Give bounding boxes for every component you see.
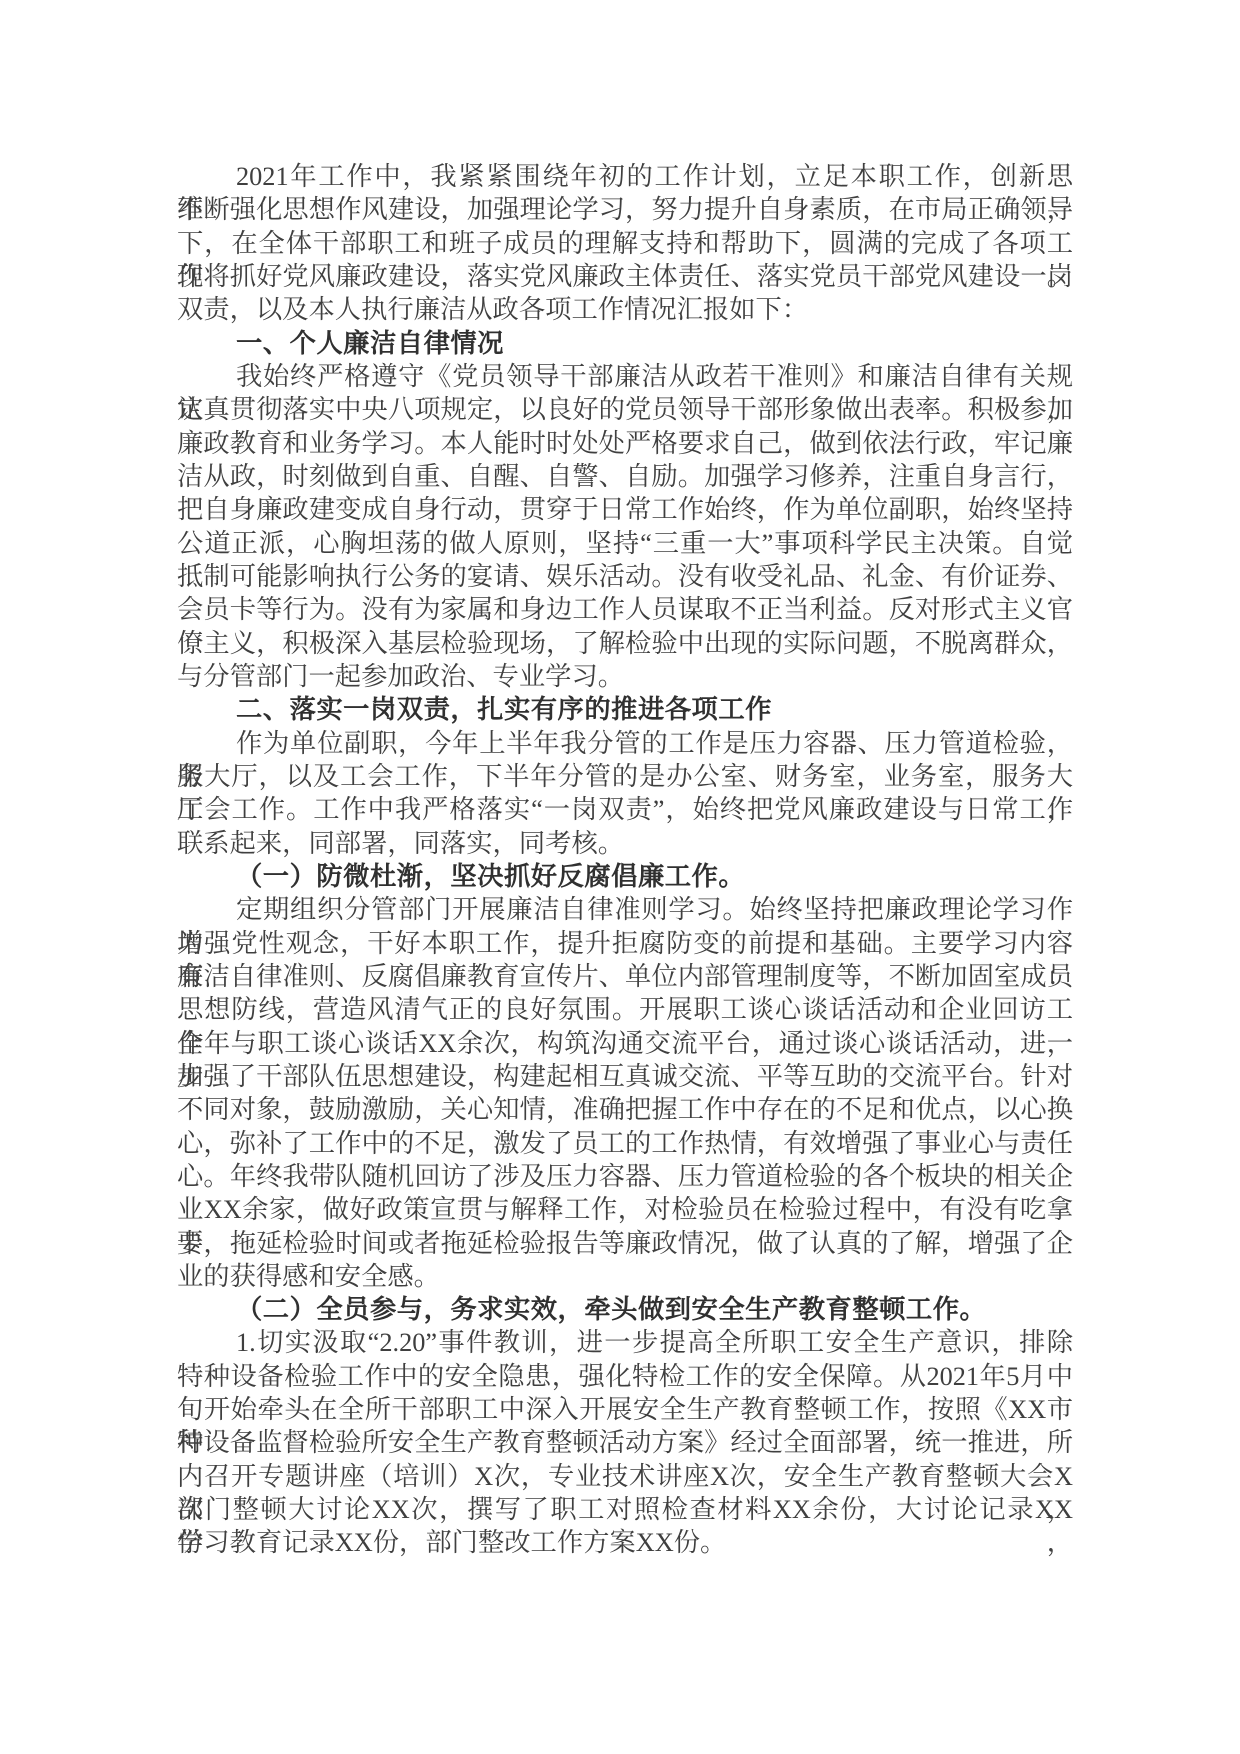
text-line: 联系起来，同部署，同落实，同考核。 <box>177 827 1073 860</box>
text-line: 作为单位副职，今年上半年我分管的工作是压力容器、压力管道检验，服 <box>177 727 1073 760</box>
paragraph: 作为单位副职，今年上半年我分管的工作是压力容器、压力管道检验，服务大厅，以及工会… <box>177 727 1073 860</box>
text-line: 现将抓好党风廉政建设，落实党风廉政主体责任、落实党员干部党风建设一岗 <box>177 260 1073 293</box>
heading-line: （一）防微杜渐，坚决抓好反腐倡廉工作。 <box>177 860 1073 893</box>
paragraph: 我始终严格遵守《党员领导干部廉洁从政若干准则》和廉洁自律有关规定，认真贯彻落实中… <box>177 360 1073 693</box>
text-line: 旬开始牵头在全所干部职工中深入开展安全生产教育整顿工作，按照《XX市特 <box>177 1393 1073 1426</box>
heading-line: 二、落实一岗双责，扎实有序的推进各项工作 <box>177 693 1073 726</box>
text-line: 业XX余家，做好政策宣贯与解释工作，对检验员在检验过程中，有没有吃拿卡 <box>177 1193 1073 1226</box>
text-line: 全年与职工谈心谈话XX余次，构筑沟通交流平台，通过谈心谈话活动，进一步 <box>177 1027 1073 1060</box>
text-line: 内召开专题讲座（培训）X次，专业技术讲座X次，安全生产教育整顿大会X次， <box>177 1460 1073 1493</box>
text-line: 把自身廉政建变成自身行动，贯穿于日常工作始终，作为单位副职，始终坚持 <box>177 493 1073 526</box>
text-line: 僚主义，积极深入基层检验现场，了解检验中出现的实际问题，不脱离群众， <box>177 627 1073 660</box>
text-line: 特种设备检验工作中的安全隐患，强化特检工作的安全保障。从2021年5月中 <box>177 1360 1073 1393</box>
section-heading: 一、个人廉洁自律情况 <box>177 327 1073 360</box>
text-line: 公道正派，心胸坦荡的做人原则，坚持“三重一大”事项科学民主决策。自觉 <box>177 527 1073 560</box>
text-line: 要，拖延检验时间或者拖延检验报告等廉政情况，做了认真的了解，增强了企 <box>177 1227 1073 1260</box>
document-content: 2021年工作中，我紧紧围绕年初的工作计划，立足本职工作，创新思维，不断强化思想… <box>177 160 1073 1560</box>
text-line: 部门整顿大讨论XX次，撰写了职工对照检查材料XX余份，大讨论记录XX份， <box>177 1493 1073 1526</box>
text-line: 不同对象，鼓励激励，关心知情，准确把握工作中存在的不足和优点，以心换 <box>177 1093 1073 1126</box>
document-page: 2021年工作中，我紧紧围绕年初的工作计划，立足本职工作，创新思维，不断强化思想… <box>0 0 1240 1754</box>
text-line: 认真贯彻落实中央八项规定，以良好的党员领导干部形象做出表率。积极参加 <box>177 393 1073 426</box>
section-heading: （一）防微杜渐，坚决抓好反腐倡廉工作。 <box>177 860 1073 893</box>
text-line: 廉洁自律准则、反腐倡廉教育宣传片、单位内部管理制度等，不断加固室成员 <box>177 960 1073 993</box>
heading-line: （二）全员参与，务求实效，牵头做到安全生产教育整顿工作。 <box>177 1293 1073 1326</box>
text-line: 与分管部门一起参加政治、专业学习。 <box>177 660 1073 693</box>
text-line: 下，在全体干部职工和班子成员的理解支持和帮助下，圆满的完成了各项工作。 <box>177 227 1073 260</box>
text-line: 加强了干部队伍思想建设，构建起相互真诚交流、平等互助的交流平台。针对 <box>177 1060 1073 1093</box>
text-line: 种设备监督检验所安全生产教育整顿活动方案》经过全面部署，统一推进，所 <box>177 1426 1073 1459</box>
text-line: 工会工作。工作中我严格落实“一岗双责”，始终把党风廉政建设与日常工作 <box>177 793 1073 826</box>
section-heading: （二）全员参与，务求实效，牵头做到安全生产教育整顿工作。 <box>177 1293 1073 1326</box>
text-line: 会员卡等行为。没有为家属和身边工作人员谋取不正当利益。反对形式主义官 <box>177 593 1073 626</box>
text-line: 双责，以及本人执行廉洁从政各项工作情况汇报如下： <box>177 293 1073 326</box>
heading-line: 一、个人廉洁自律情况 <box>177 327 1073 360</box>
text-line: 增强党性观念，干好本职工作，提升拒腐防变的前提和基础。主要学习内容有： <box>177 927 1073 960</box>
text-line: 廉政教育和业务学习。本人能时时处处严格要求自己，做到依法行政，牢记廉 <box>177 427 1073 460</box>
text-line: 心。年终我带队随机回访了涉及压力容器、压力管道检验的各个板块的相关企 <box>177 1160 1073 1193</box>
text-line: 业的获得感和安全感。 <box>177 1260 1073 1293</box>
paragraph: 定期组织分管部门开展廉洁自律准则学习。始终坚持把廉政理论学习作为增强党性观念，干… <box>177 893 1073 1293</box>
text-line: 务大厅，以及工会工作，下半年分管的是办公室、财务室，业务室，服务大厅， <box>177 760 1073 793</box>
paragraph: 1.切实汲取“2.20”事件教训，进一步提高全所职工安全生产意识，排除特种设备检… <box>177 1326 1073 1559</box>
text-line: 我始终严格遵守《党员领导干部廉洁从政若干准则》和廉洁自律有关规定， <box>177 360 1073 393</box>
text-line: 心，弥补了工作中的不足，激发了员工的工作热情，有效增强了事业心与责任 <box>177 1127 1073 1160</box>
text-line: 思想防线，营造风清气正的良好氛围。开展职工谈心谈话活动和企业回访工作， <box>177 993 1073 1026</box>
text-line: 2021年工作中，我紧紧围绕年初的工作计划，立足本职工作，创新思维， <box>177 160 1073 193</box>
text-line: 抵制可能影响执行公务的宴请、娱乐活动。没有收受礼品、礼金、有价证券、 <box>177 560 1073 593</box>
text-line: 定期组织分管部门开展廉洁自律准则学习。始终坚持把廉政理论学习作为 <box>177 893 1073 926</box>
section-heading: 二、落实一岗双责，扎实有序的推进各项工作 <box>177 693 1073 726</box>
text-line: 不断强化思想作风建设，加强理论学习，努力提升自身素质，在市局正确领导 <box>177 193 1073 226</box>
text-line: 洁从政，时刻做到自重、自醒、自警、自励。加强学习修养，注重自身言行， <box>177 460 1073 493</box>
text-line: 1.切实汲取“2.20”事件教训，进一步提高全所职工安全生产意识，排除 <box>177 1326 1073 1359</box>
paragraph: 2021年工作中，我紧紧围绕年初的工作计划，立足本职工作，创新思维，不断强化思想… <box>177 160 1073 327</box>
